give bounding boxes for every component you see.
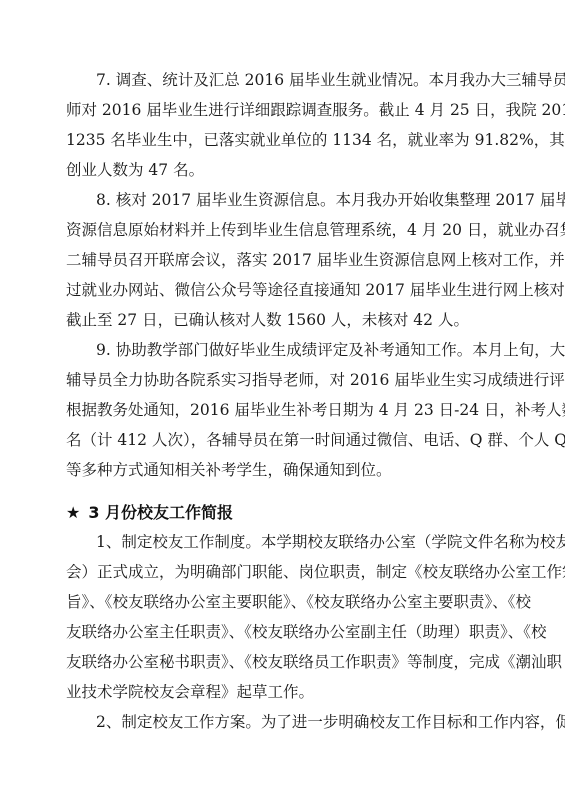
paragraph-7-line-3: 1235 名毕业生中，已落实就业单位的 1134 名，就业率为 91.82%，其…: [66, 130, 500, 150]
paragraph-9-line-2: 辅导员全力协助各院系实习指导老师，对 2016 届毕业生实习成绩进行评定。: [66, 370, 500, 390]
alumni-paragraph-1-line-1: 1、制定校友工作制度。本学期校友联络办公室（学院文件名称为校友: [96, 532, 500, 552]
section-heading-title: 3 月份校友工作简报: [88, 503, 233, 522]
paragraph-9-line-5: 等多种方式通知相关补考学生，确保通知到位。: [66, 460, 500, 480]
paragraph-8-line-3: 二辅导员召开联席会议，落实 2017 届毕业生资源信息网上核对工作，并通: [66, 250, 500, 270]
paragraph-8-line-1: 8. 核对 2017 届毕业生资源信息。本月我办开始收集整理 2017 届毕业生: [96, 190, 500, 210]
alumni-paragraph-1-line-3: 旨》、《校友联络办公室主要职能》、《校友联络办公室主要职责》、《校: [66, 592, 500, 612]
paragraph-9-line-3: 根据教务处通知，2016 届毕业生补考日期为 4 月 23 日-24 日，补考人…: [66, 400, 500, 420]
paragraph-7-line-2: 师对 2016 届毕业生进行详细跟踪调查服务。截止 4 月 25 日，我院 20…: [66, 100, 500, 120]
paragraph-7-line-1: 7. 调查、统计及汇总 2016 届毕业生就业情况。本月我办大三辅导员老: [96, 70, 500, 90]
alumni-paragraph-1-line-6: 业技术学院校友会章程》起草工作。: [66, 682, 500, 702]
paragraph-9-line-4: 名（计 412 人次），各辅导员在第一时间通过微信、电话、Q 群、个人 QQ: [66, 430, 500, 450]
alumni-paragraph-1-line-4: 友联络办公室主任职责》、《校友联络办公室副主任（助理）职责》、《校: [66, 622, 500, 642]
document-page: 7. 调查、统计及汇总 2016 届毕业生就业情况。本月我办大三辅导员老 师对 …: [0, 0, 565, 800]
section-heading: ★3 月份校友工作简报: [66, 500, 233, 523]
alumni-paragraph-2-line-1: 2、制定校友工作方案。为了进一步明确校友工作目标和工作内容，促: [96, 712, 500, 732]
paragraph-9-line-1: 9. 协助教学部门做好毕业生成绩评定及补考通知工作。本月上旬，大三: [96, 340, 500, 360]
paragraph-8-line-2: 资源信息原始材料并上传到毕业生信息管理系统，4 月 20 日，就业办召集大: [66, 220, 500, 240]
paragraph-8-line-4: 过就业办网站、微信公众号等途径直接通知 2017 届毕业生进行网上核对，: [66, 280, 500, 300]
star-icon: ★: [66, 503, 80, 522]
paragraph-7-line-4: 创业人数为 47 名。: [66, 160, 500, 180]
alumni-paragraph-1-line-5: 友联络办公室秘书职责》、《校友联络员工作职责》等制度，完成《潮汕职: [66, 652, 500, 672]
paragraph-8-line-5: 截止至 27 日，已确认核对人数 1560 人，未核对 42 人。: [66, 310, 500, 330]
alumni-paragraph-1-line-2: 会）正式成立，为明确部门职能、岗位职责，制定《校友联络办公室工作宗: [66, 562, 500, 582]
